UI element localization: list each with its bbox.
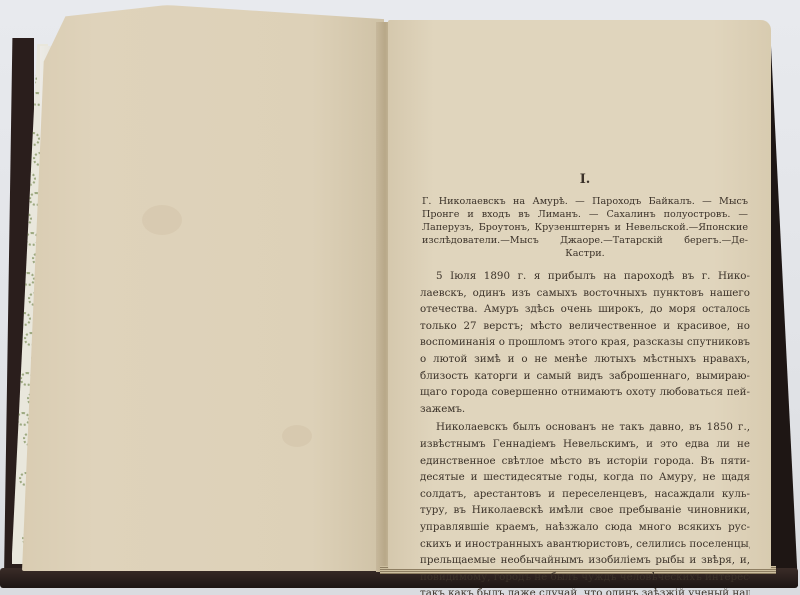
- paragraph-1: 5 Іюля 1890 г. я прибылъ на пароходѣ въ …: [420, 268, 750, 417]
- text-line: 5 Іюля 1890 г. я прибылъ на пароходѣ въ …: [420, 268, 750, 285]
- text-line: десятые и шестидесятые годы, когда по Ам…: [420, 469, 750, 486]
- text-line: управлявшіе краемъ, наѣзжало сюда много …: [420, 519, 750, 536]
- chapter-number: I.: [420, 172, 750, 187]
- text-line: воспоминанія о прошломъ этого края, разс…: [420, 334, 750, 351]
- paper-stain: [142, 205, 182, 235]
- text-line: туру, въ Николаевскѣ имѣли свое пребыван…: [420, 502, 750, 519]
- photo-background: I. Г. Николаевскъ на Амурѣ. — Пароходъ Б…: [0, 0, 800, 595]
- text-line: такъ какъ былъ даже случай, что одинъ за…: [420, 585, 750, 595]
- text-line: только 27 верстъ; мѣсто величественное и…: [420, 318, 750, 335]
- text-line: зажемъ.: [420, 401, 750, 418]
- text-line: извѣстнымъ Геннадіемъ Невельскимъ, и это…: [420, 436, 750, 453]
- text-line: солдатъ, арестантовъ и переселенцевъ, на…: [420, 486, 750, 503]
- text-line: щаго города совершенно отнимаютъ охоту л…: [420, 384, 750, 401]
- paragraph-2: Николаевскъ былъ основанъ не такъ давно,…: [420, 419, 750, 595]
- text-line: прельщаемые необычайнымъ изобиліемъ рыбы…: [420, 552, 750, 569]
- page-text-block: I. Г. Николаевскъ на Амурѣ. — Пароходъ Б…: [420, 172, 750, 595]
- text-line: о лютой зимѣ и о не менѣе лютыхъ мѣстных…: [420, 351, 750, 368]
- text-line: близость каторги и самый видъ заброшенна…: [420, 368, 750, 385]
- paper-stain: [282, 425, 312, 447]
- text-line: скихъ и иностранныхъ авантюристовъ, сели…: [420, 536, 750, 553]
- text-line: отечества. Амуръ здѣсь очень широкъ, до …: [420, 301, 750, 318]
- text-line: повидимому, городъ не былъ чуждъ человѣч…: [420, 569, 750, 586]
- text-line: лаевскъ, одинъ изъ самыхъ восточныхъ пун…: [420, 285, 750, 302]
- text-line: единственное свѣтлое мѣсто въ исторіи го…: [420, 453, 750, 470]
- text-line: Николаевскъ былъ основанъ не такъ давно,…: [420, 419, 750, 436]
- chapter-summary: Г. Николаевскъ на Амурѣ. — Пароходъ Байк…: [420, 195, 750, 260]
- left-page-blank: [22, 5, 384, 571]
